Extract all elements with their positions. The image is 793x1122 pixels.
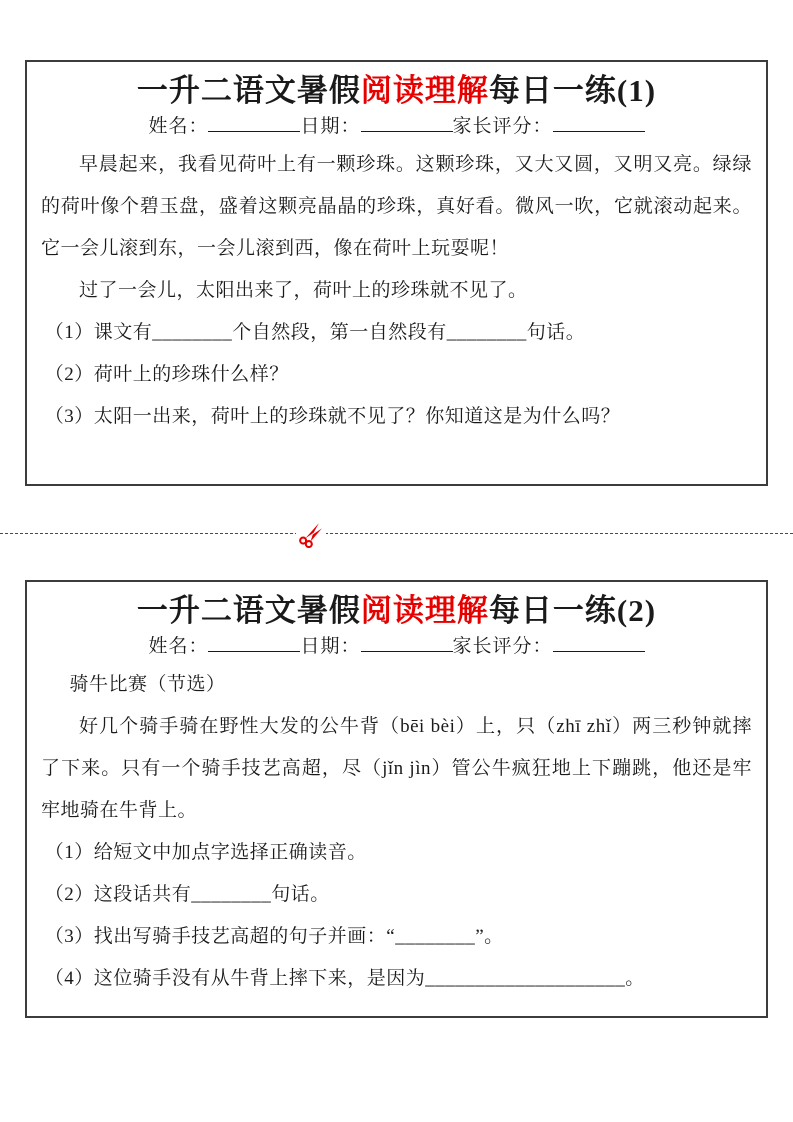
date-label: 日期： [300,636,360,657]
score-label: 家长评分： [453,116,553,137]
name-label: 姓名： [148,116,208,137]
worksheet-2-content: 骑牛比赛（节选） 好几个骑手骑在野性大发的公牛背（bēi bèi）上，只（zhī… [27,660,766,1000]
date-blank [361,633,453,652]
passage-paragraph: 好几个骑手骑在野性大发的公牛背（bēi bèi）上，只（zhī zhǐ）两三秒钟… [41,706,752,832]
question-item: （2）荷叶上的珍珠什么样？ [41,354,752,396]
worksheet-1-content: 早晨起来，我看见荷叶上有一颗珍珠。这颗珍珠，又大又圆，又明又亮。绿绿的荷叶像个碧… [27,140,766,438]
score-label: 家长评分： [453,636,553,657]
date-label: 日期： [300,116,360,137]
score-blank [553,633,645,652]
title-suffix: 每日一练(1) [489,73,656,108]
date-blank [361,113,453,132]
passage-title: 骑牛比赛（节选） [41,664,752,706]
question-item: （3）太阳一出来，荷叶上的珍珠就不见了？你知道这是为什么吗？ [41,396,752,438]
worksheet-2-card: 一升二语文暑假阅读理解每日一练(2) 姓名：日期：家长评分： 骑牛比赛（节选） … [25,580,768,1018]
title-prefix: 一升二语文暑假 [137,73,361,108]
title-highlight: 阅读理解 [361,73,489,108]
question-item: （4）这位骑手没有从牛背上摔下来，是因为____________________… [41,958,752,1000]
question-item: （1）给短文中加点字选择正确读音。 [41,832,752,874]
name-blank [208,113,300,132]
worksheet-1-title: 一升二语文暑假阅读理解每日一练(1) [27,72,766,110]
passage-paragraph: 过了一会儿，太阳出来了，荷叶上的珍珠就不见了。 [41,270,752,312]
cut-line-divider [0,533,793,534]
fields-row: 姓名：日期：家长评分： [27,633,766,660]
passage-paragraph: 早晨起来，我看见荷叶上有一颗珍珠。这颗珍珠，又大又圆，又明又亮。绿绿的荷叶像个碧… [41,144,752,270]
title-prefix: 一升二语文暑假 [137,593,361,628]
fields-row: 姓名：日期：家长评分： [27,113,766,140]
scissors-icon [296,519,326,549]
title-suffix: 每日一练(2) [489,593,656,628]
title-highlight: 阅读理解 [361,593,489,628]
question-item: （3）找出写骑手技艺高超的句子并画：“________”。 [41,916,752,958]
question-item: （2）这段话共有________句话。 [41,874,752,916]
score-blank [553,113,645,132]
name-blank [208,633,300,652]
question-item: （1）课文有________个自然段，第一自然段有________句话。 [41,312,752,354]
name-label: 姓名： [148,636,208,657]
worksheet-1-card: 一升二语文暑假阅读理解每日一练(1) 姓名：日期：家长评分： 早晨起来，我看见荷… [25,60,768,486]
worksheet-2-title: 一升二语文暑假阅读理解每日一练(2) [27,592,766,630]
